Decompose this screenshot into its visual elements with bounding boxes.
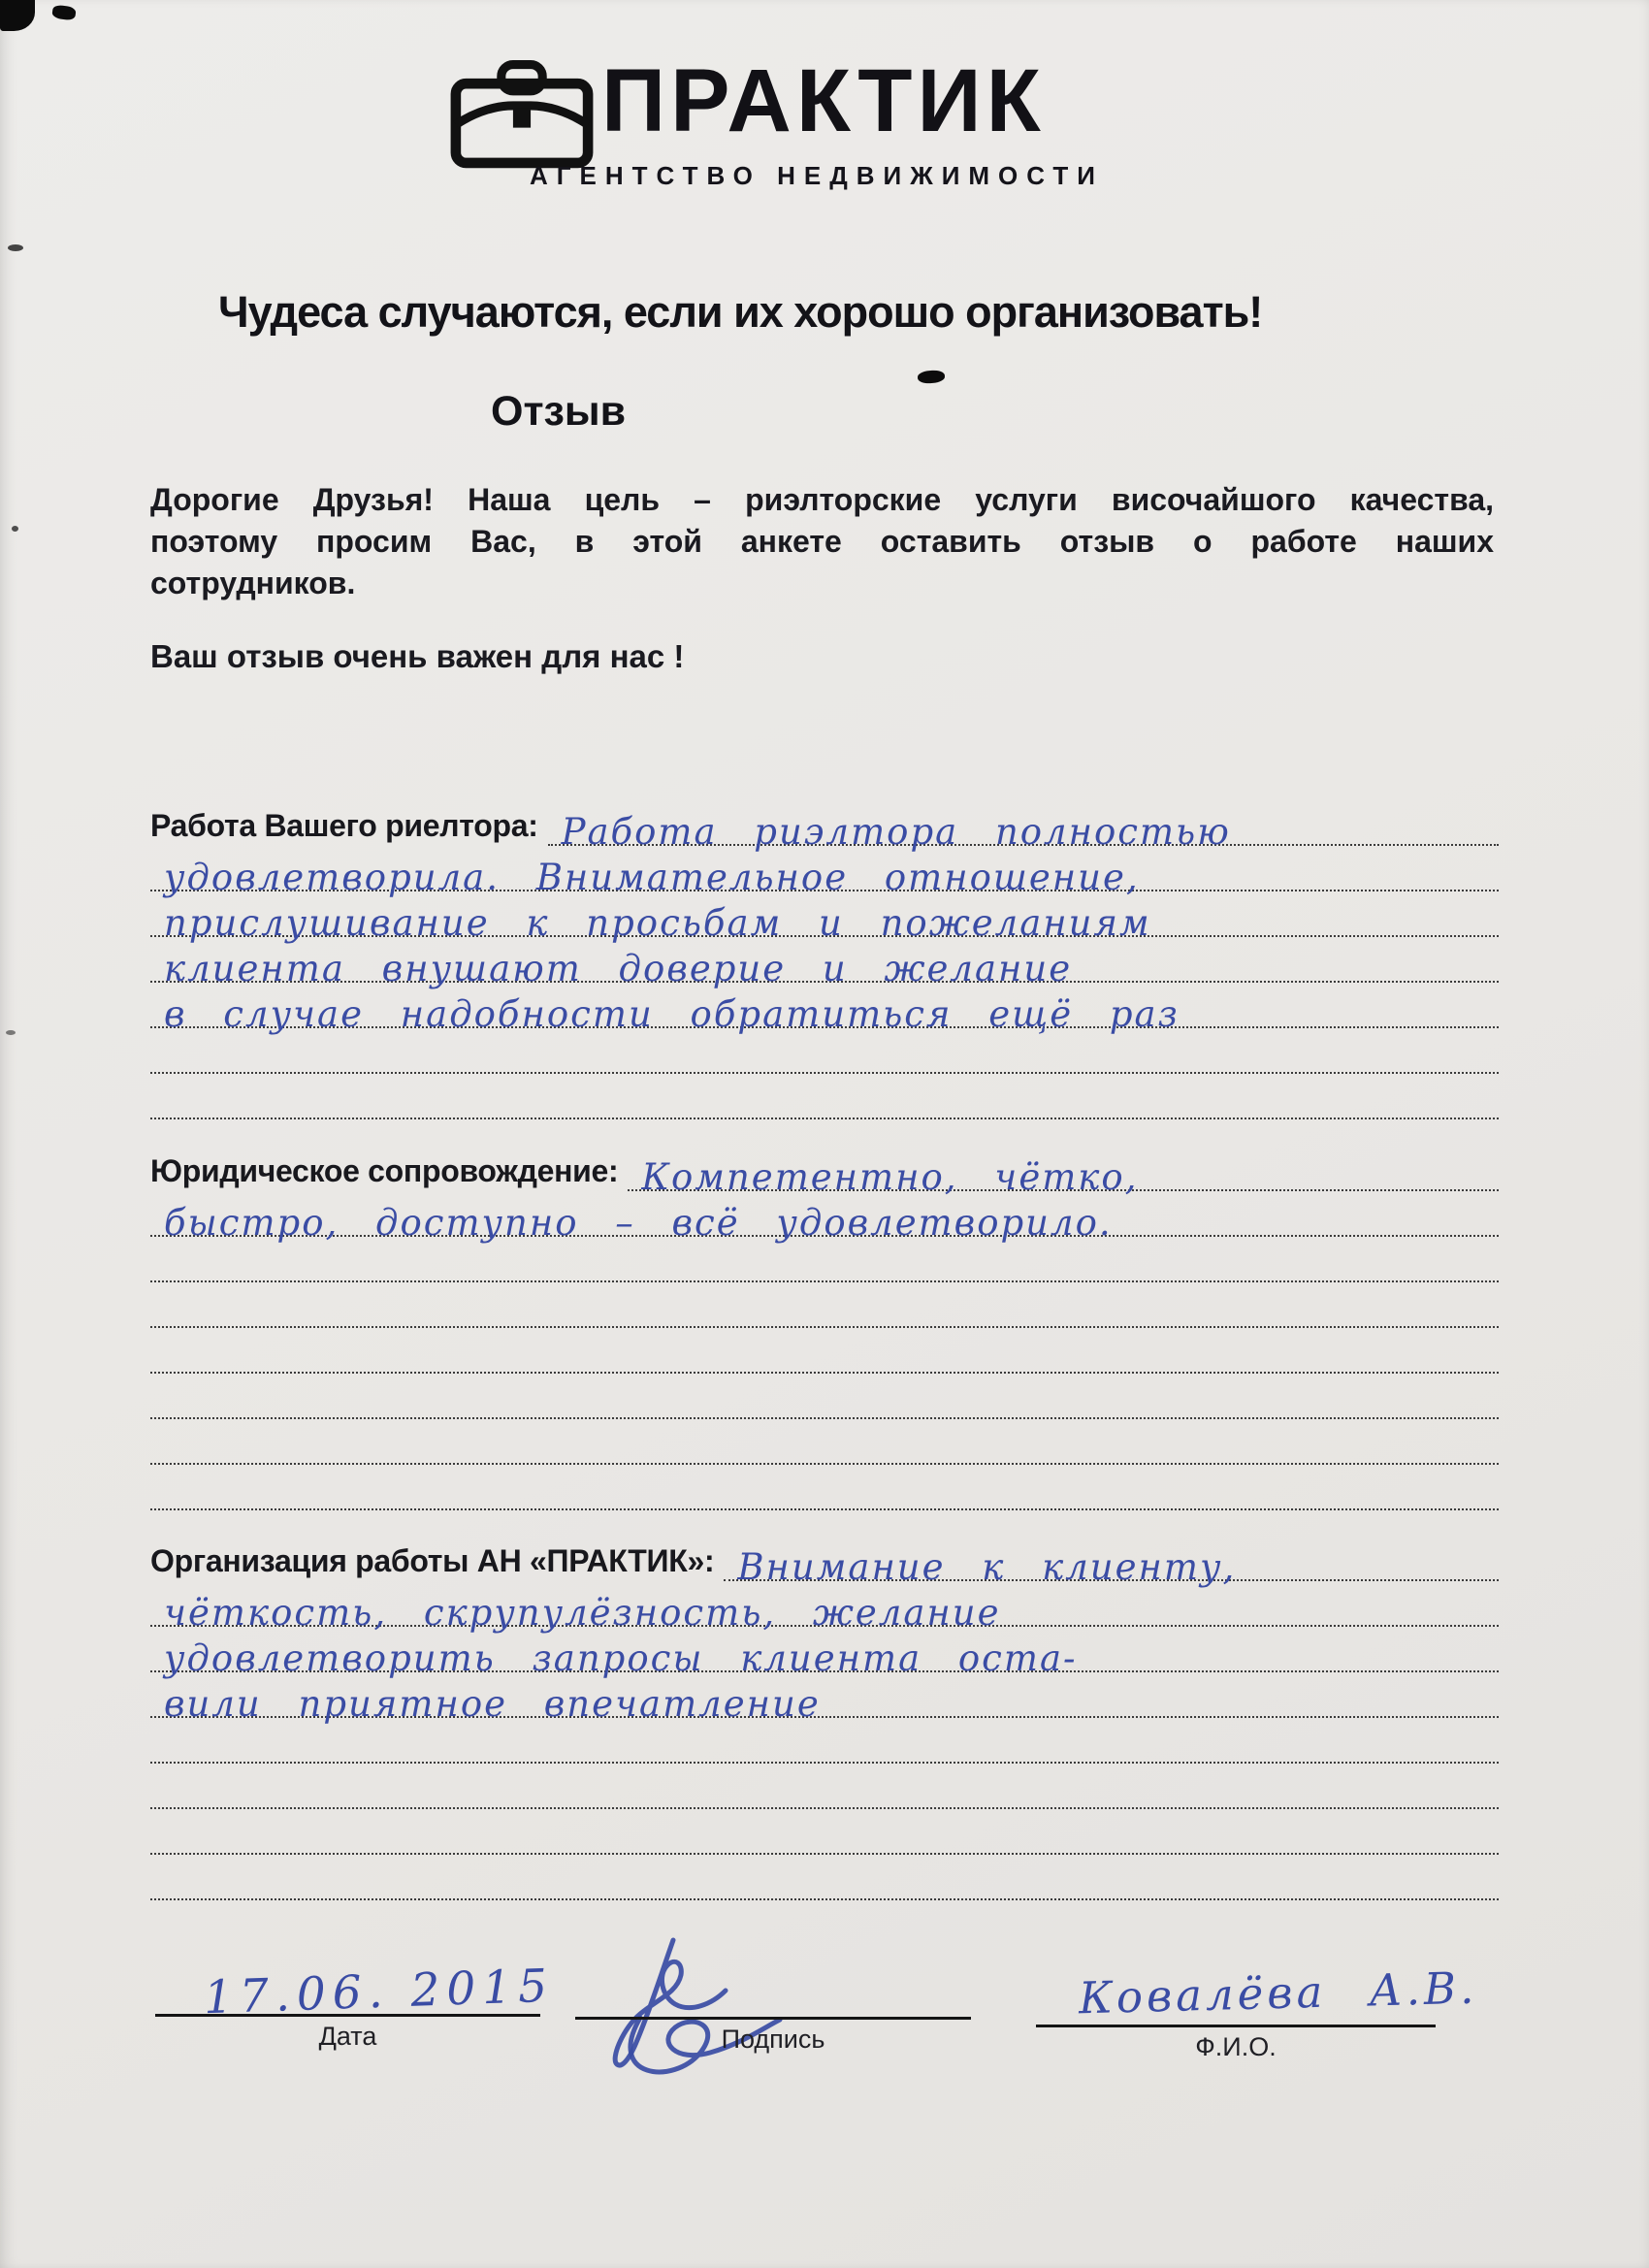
handwritten-answer: чёткость, скрупулёзность, желание	[150, 1595, 1001, 1632]
ruled-line: Работа риэлтора полностью	[548, 800, 1499, 846]
ruled-line	[150, 1028, 1499, 1074]
ruled-line: Компетентно, чётко,	[628, 1146, 1499, 1191]
handwritten-answer: клиента внушают доверие и желание	[150, 951, 1072, 988]
ruled-line: клиента внушают доверие и желание	[150, 937, 1499, 983]
ruled-line	[150, 1328, 1499, 1374]
date-label: Дата	[155, 2022, 540, 2052]
briefcase-icon	[448, 60, 596, 169]
ruled-line: быстро, доступно – всё удовлетворило.	[150, 1191, 1499, 1237]
handwritten-answer: прислушивание к просьбам и пожеланиям	[150, 905, 1151, 942]
ruled-line: удовлетворила. Внимательное отношение,	[150, 846, 1499, 891]
signature-scribble	[580, 1932, 793, 2088]
name-value: Ковалёва А.В.	[1078, 1962, 1478, 2025]
section-label: Организация работы АН «ПРАКТИК»:	[150, 1543, 714, 1581]
name-label: Ф.И.О.	[1036, 2032, 1436, 2062]
scan-artifact	[51, 4, 77, 20]
scan-artifact	[12, 526, 18, 532]
handwritten-answer: удовлетворить запросы клиента оста-	[150, 1640, 1078, 1677]
ruled-line	[150, 1465, 1499, 1510]
scanned-feedback-form: ПРАКТИК АГЕНТСТВО НЕДВИЖИМОСТИ Чудеса сл…	[0, 0, 1649, 2268]
ruled-line	[150, 1237, 1499, 1282]
ruled-line	[150, 1282, 1499, 1328]
ruled-line	[150, 1809, 1499, 1855]
signature-label: Подпись	[575, 2025, 971, 2055]
handwritten-answer: Внимание к клиенту,	[724, 1549, 1236, 1586]
section-legal-support: Юридическое сопровождение: Компетентно, …	[150, 1148, 1499, 1510]
handwritten-answer: быстро, доступно – всё удовлетворило.	[150, 1205, 1113, 1242]
ruled-line	[150, 1764, 1499, 1809]
logo-name: ПРАКТИК	[601, 56, 1046, 146]
signature-line	[575, 2017, 971, 2020]
handwritten-answer: вили приятное впечатление	[150, 1686, 821, 1723]
section-realtor-work: Работа Вашего риелтора: Работа риэлтора …	[150, 802, 1499, 1119]
ruled-line: чёткость, скрупулёзность, желание	[150, 1581, 1499, 1627]
ruled-line	[150, 1374, 1499, 1419]
intro-line: Дорогие Друзья! Наша цель – риэлторские …	[150, 479, 1494, 521]
scan-artifact	[918, 370, 946, 384]
intro-paragraph: Дорогие Друзья! Наша цель – риэлторские …	[150, 479, 1494, 604]
ruled-line	[150, 1419, 1499, 1465]
date-line	[155, 2014, 540, 2017]
scan-artifact	[0, 0, 35, 31]
note-text: Ваш отзыв очень важен для нас !	[150, 638, 684, 675]
handwritten-answer: Работа риэлтора полностью	[548, 814, 1231, 851]
page-title: Отзыв	[491, 388, 626, 436]
intro-line: поэтому просим Вас, в этой анкете остави…	[150, 521, 1494, 563]
ruled-line	[150, 1855, 1499, 1900]
handwritten-answer: Компетентно, чётко,	[628, 1159, 1138, 1196]
ruled-line: в случае надобности обратиться ещё раз	[150, 983, 1499, 1028]
handwritten-answer: удовлетворила. Внимательное отношение,	[150, 859, 1140, 896]
section-agency-organization: Организация работы АН «ПРАКТИК»: Внимани…	[150, 1538, 1499, 1900]
section-label: Работа Вашего риелтора:	[150, 808, 538, 846]
ruled-line: прислушивание к просьбам и пожеланиям	[150, 891, 1499, 937]
ruled-line: вили приятное впечатление	[150, 1672, 1499, 1718]
scan-artifact	[6, 1030, 16, 1035]
ruled-line	[150, 1718, 1499, 1764]
ruled-line: Внимание к клиенту,	[724, 1536, 1499, 1581]
intro-line: сотрудников.	[150, 563, 1494, 604]
ruled-line	[150, 1074, 1499, 1119]
logo-subtitle: АГЕНТСТВО НЕДВИЖИМОСТИ	[530, 161, 1104, 191]
ruled-line: удовлетворить запросы клиента оста-	[150, 1627, 1499, 1672]
section-label: Юридическое сопровождение:	[150, 1153, 618, 1191]
handwritten-answer: в случае надобности обратиться ещё раз	[150, 996, 1180, 1033]
name-line	[1036, 2025, 1436, 2027]
slogan: Чудеса случаются, если их хорошо организ…	[218, 287, 1262, 338]
scan-artifact	[8, 244, 23, 251]
